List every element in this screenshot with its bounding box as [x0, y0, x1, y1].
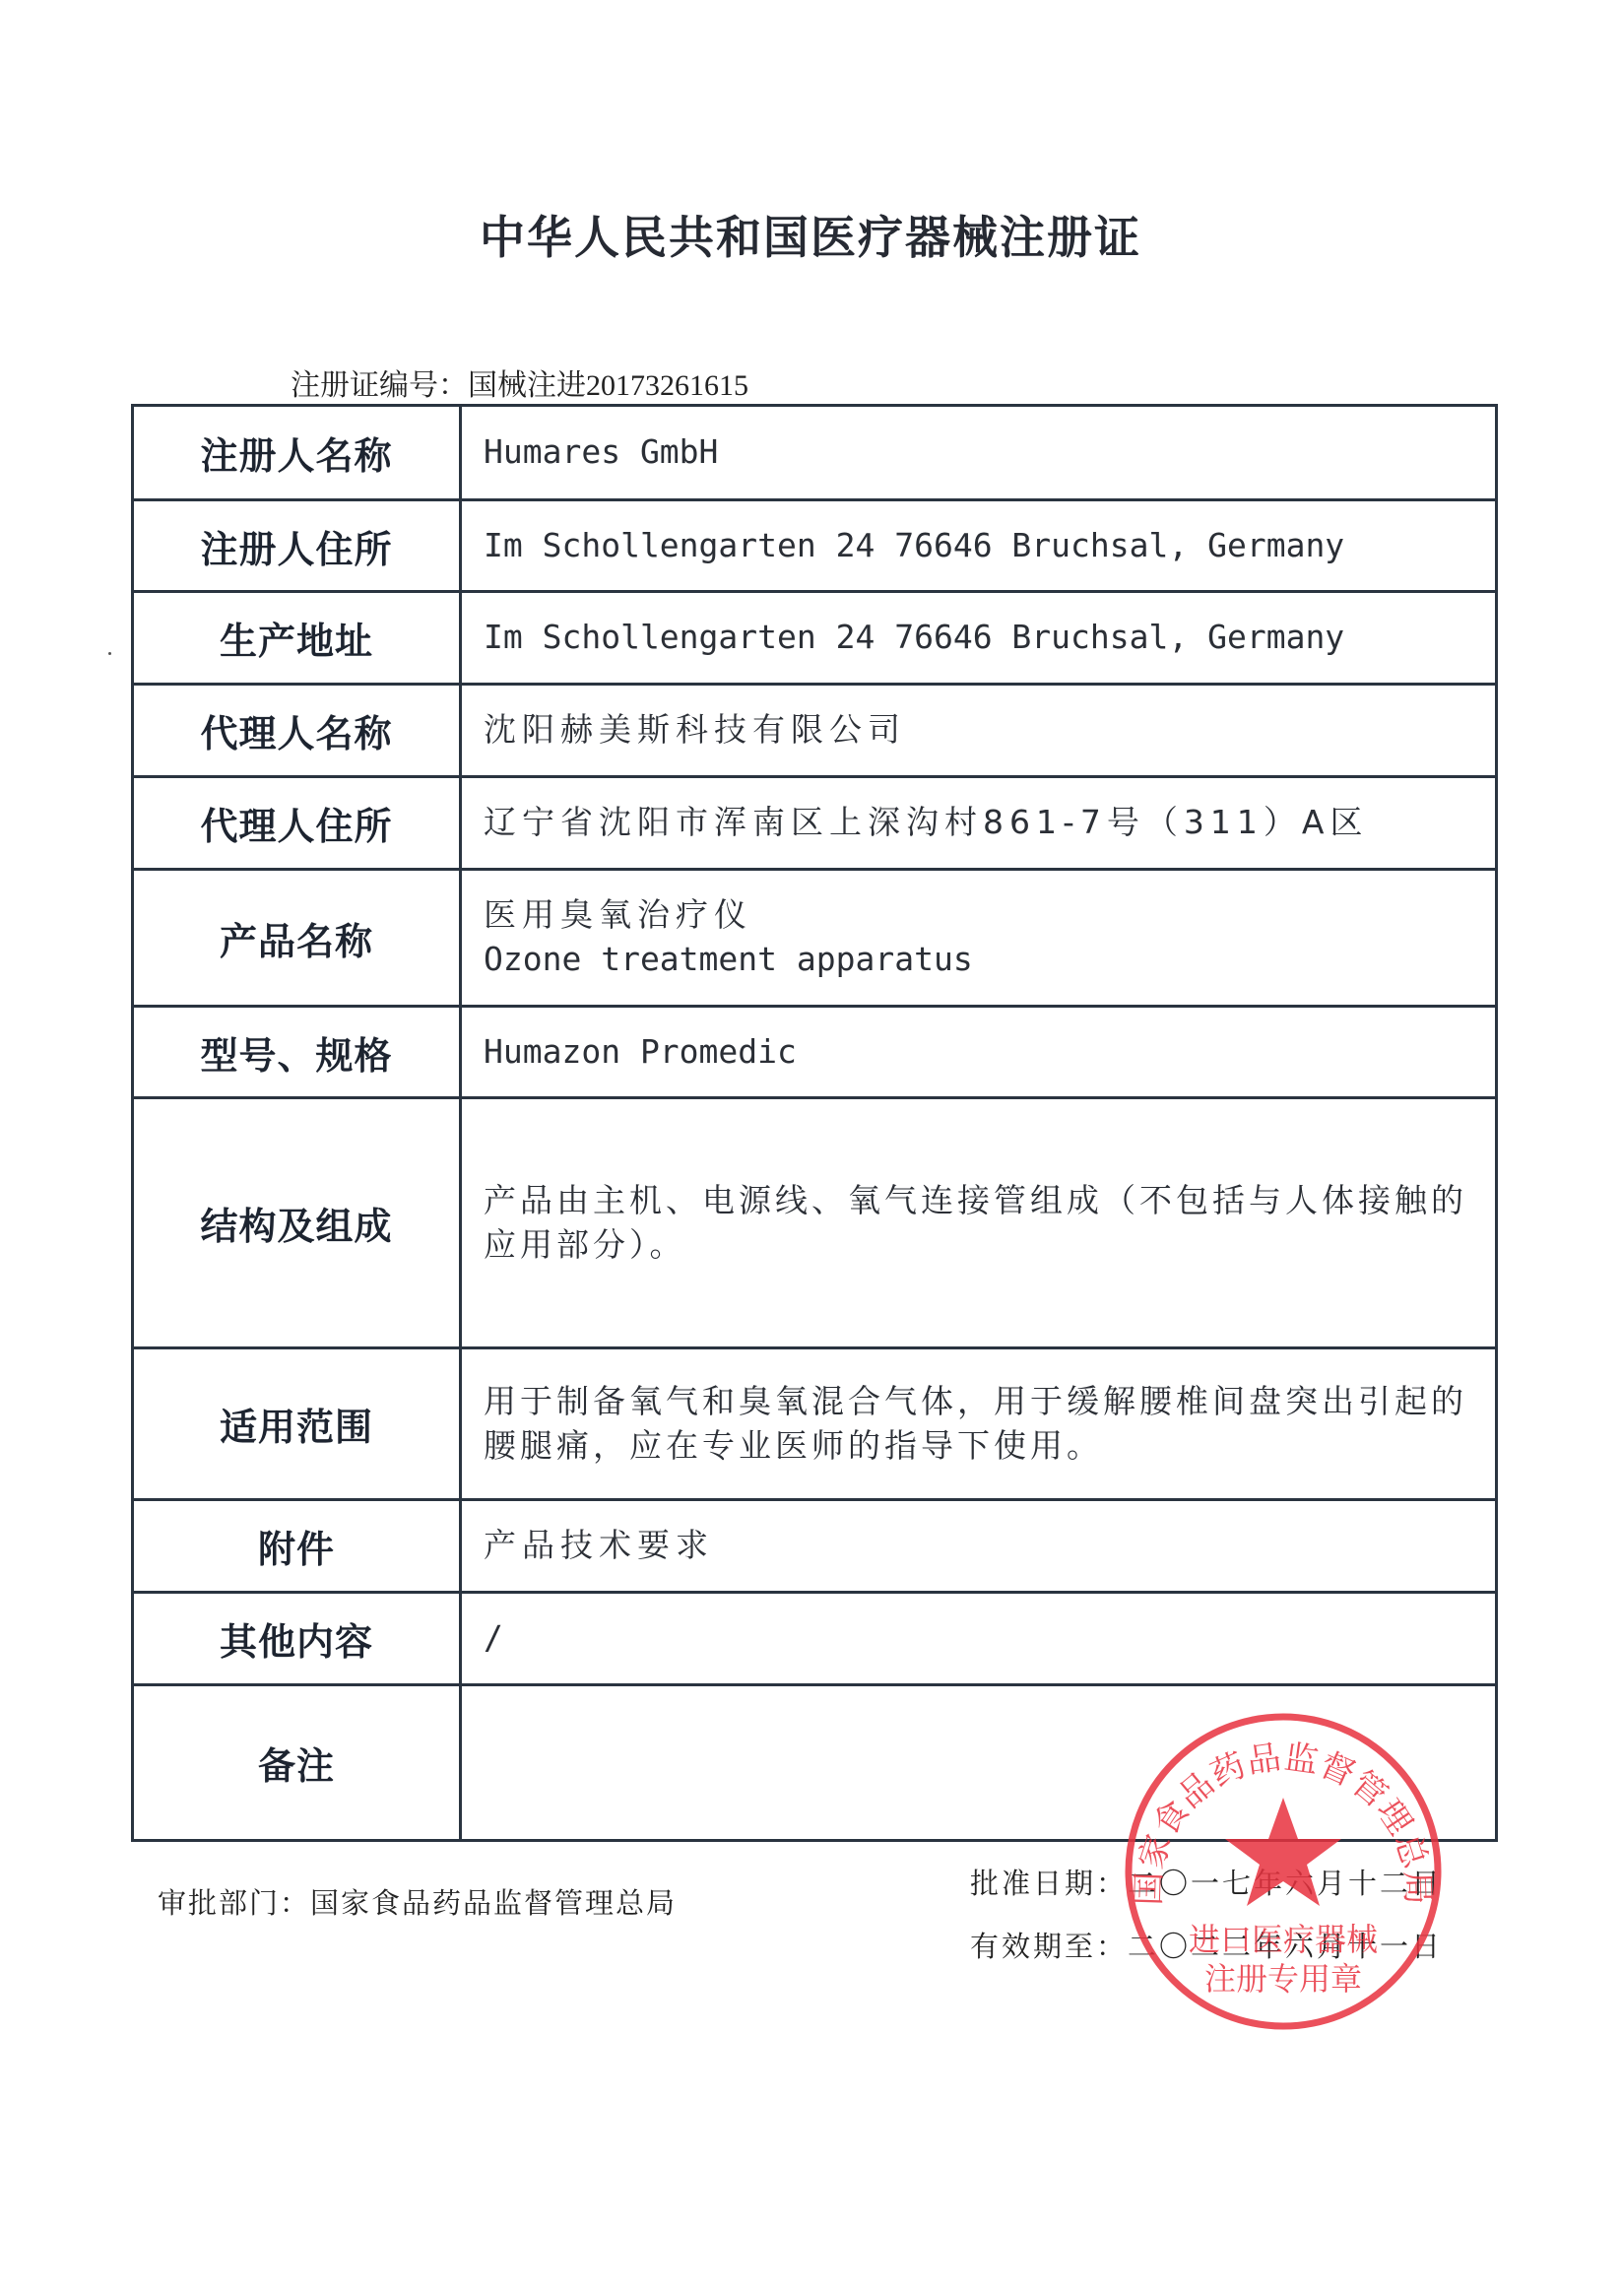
row-value: Im Schollengarten 24 76646 Bruchsal, Ger…: [461, 500, 1497, 592]
row-label: 注册人住所: [133, 500, 461, 592]
document-title: 中华人民共和国医疗器械注册证: [0, 202, 1621, 267]
table-row: 型号、规格 Humazon Promedic: [133, 1007, 1497, 1098]
row-value: 产品技术要求: [461, 1500, 1497, 1593]
table-row: 生产地址 Im Schollengarten 24 76646 Bruchsal…: [133, 592, 1497, 685]
row-value: 用于制备氧气和臭氧混合气体，用于缓解腰椎间盘突出引起的腰腿痛，应在专业医师的指导…: [461, 1348, 1497, 1500]
approval-dept-label: 审批部门：: [158, 1886, 310, 1920]
table-row: 代理人名称 沈阳赫美斯科技有限公司: [133, 685, 1497, 777]
valid-until: 有效期至：二〇二二年六月十一日: [970, 1915, 1443, 1978]
table-row: 注册人名称 Humares GmbH: [133, 406, 1497, 500]
row-label: 适用范围: [133, 1348, 461, 1500]
approval-date: 批准日期：二〇一七年六月十二日: [970, 1852, 1443, 1915]
row-value: [461, 1685, 1497, 1841]
row-value: 沈阳赫美斯科技有限公司: [461, 685, 1497, 777]
row-value: /: [461, 1593, 1497, 1685]
row-label: 生产地址: [133, 592, 461, 685]
table-row: 备注: [133, 1685, 1497, 1841]
row-label: 注册人名称: [133, 406, 461, 500]
table-row: 注册人住所 Im Schollengarten 24 76646 Bruchsa…: [133, 500, 1497, 592]
table-row: 其他内容 /: [133, 1593, 1497, 1685]
approval-date-value: 二〇一七年六月十二日: [1128, 1867, 1443, 1900]
row-value: 辽宁省沈阳市浑南区上深沟村861-7号（311）A区: [461, 777, 1497, 870]
approval-dept-value: 国家食品药品监督管理总局: [310, 1886, 677, 1920]
row-label: 代理人名称: [133, 685, 461, 777]
row-value: 医用臭氧治疗仪 Ozone treatment apparatus: [461, 870, 1497, 1007]
approval-date-label: 批准日期：: [970, 1867, 1128, 1900]
row-label: 代理人住所: [133, 777, 461, 870]
product-name-en: Ozone treatment apparatus: [484, 938, 1485, 982]
row-value: 产品由主机、电源线、氧气连接管组成（不包括与人体接触的应用部分）。: [461, 1098, 1497, 1348]
table-row: 结构及组成 产品由主机、电源线、氧气连接管组成（不包括与人体接触的应用部分）。: [133, 1098, 1497, 1348]
dates-block: 批准日期：二〇一七年六月十二日 有效期至：二〇二二年六月十一日: [970, 1852, 1443, 1978]
table-row: 产品名称 医用臭氧治疗仪 Ozone treatment apparatus: [133, 870, 1497, 1007]
row-label: 附件: [133, 1500, 461, 1593]
scan-dust-mark: [108, 652, 111, 655]
valid-until-label: 有效期至：: [970, 1930, 1128, 1963]
table-row: 附件 产品技术要求: [133, 1500, 1497, 1593]
certificate-table: 注册人名称 Humares GmbH 注册人住所 Im Schollengart…: [131, 404, 1498, 1842]
registration-number: 国械注进20173261615: [468, 369, 748, 402]
approval-department: 审批部门：国家食品药品监督管理总局: [158, 1881, 677, 1922]
row-value: Humazon Promedic: [461, 1007, 1497, 1098]
row-label: 型号、规格: [133, 1007, 461, 1098]
table-row: 适用范围 用于制备氧气和臭氧混合气体，用于缓解腰椎间盘突出引起的腰腿痛，应在专业…: [133, 1348, 1497, 1500]
valid-until-value: 二〇二二年六月十一日: [1128, 1930, 1443, 1963]
row-value: Humares GmbH: [461, 406, 1497, 500]
row-label: 结构及组成: [133, 1098, 461, 1348]
registration-number-line: 注册证编号：国械注进20173261615: [291, 361, 748, 404]
row-label: 其他内容: [133, 1593, 461, 1685]
row-value: Im Schollengarten 24 76646 Bruchsal, Ger…: [461, 592, 1497, 685]
table-row: 代理人住所 辽宁省沈阳市浑南区上深沟村861-7号（311）A区: [133, 777, 1497, 870]
registration-number-label: 注册证编号：: [291, 368, 468, 403]
product-name-cn: 医用臭氧治疗仪: [484, 893, 1485, 938]
row-label: 产品名称: [133, 870, 461, 1007]
row-label: 备注: [133, 1685, 461, 1841]
